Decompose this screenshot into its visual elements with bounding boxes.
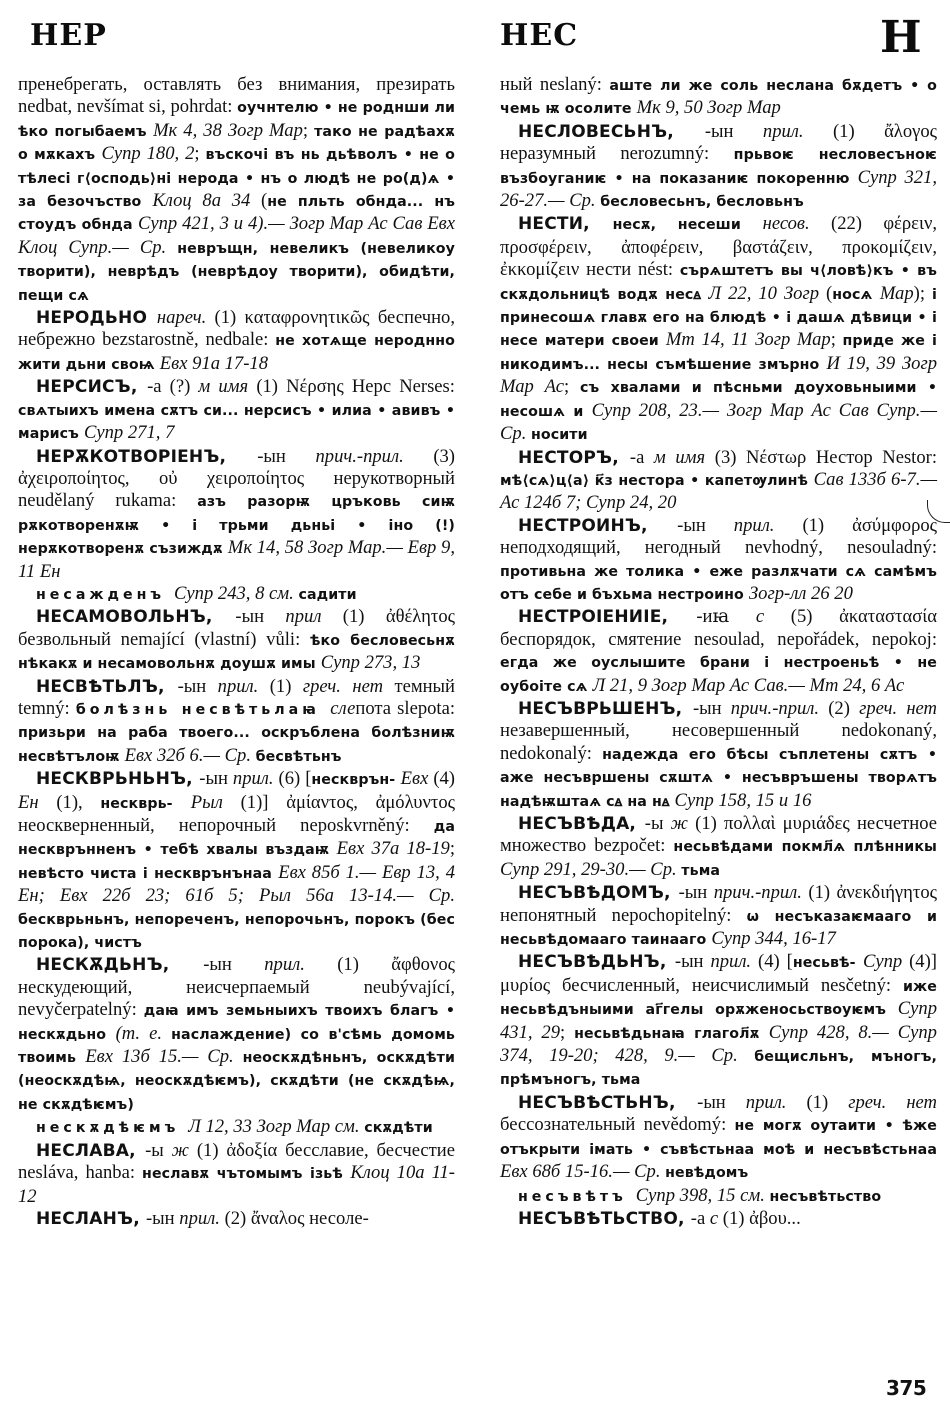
dictionary-entry: пренебрегать, оставлять без внимания, пр… [18, 74, 455, 307]
source-reference: Евх 32б 6.— Ср. [125, 745, 256, 766]
old-slavonic-quote: мѣ⟨сѧ⟩ц⟨а⟩ к҃з нестора • капетѹлинѣ [500, 473, 814, 489]
definition-text: (1) [270, 676, 303, 697]
definition-text: -а [630, 447, 654, 468]
dictionary-entry: нескѫдѣѥмъ Л 12, 33 Зогр Мар см. скѫдѣти [18, 1116, 455, 1139]
definition-text: (1) ἀβου... [723, 1208, 801, 1229]
source-reference: Супр 344, 16-17 [711, 928, 835, 949]
definition-text: -иꙗ [696, 606, 756, 627]
running-head-left: НЕР [30, 18, 107, 53]
grammar-label: прич.-прил. [731, 698, 828, 719]
source-reference: Супр 398, 15 см. [636, 1185, 770, 1206]
dictionary-entry: несажденъ Супр 243, 8 см. садити [18, 583, 455, 606]
definition-text: (2) [828, 698, 859, 719]
grammar-label: прил. [233, 768, 279, 789]
grammar-label: греч. нет [303, 676, 395, 697]
headword: НЕСЪВѢДЬНЪ, [518, 952, 675, 972]
left-column: пренебрегать, оставлять без внимания, пр… [18, 74, 455, 1230]
headword: НЕСТОРЪ, [518, 448, 630, 468]
old-slavonic-quote: невѣсто чиста і нескврънънаа [18, 866, 278, 882]
dictionary-entry: НЕРСИСЪ, -а (?) м имя (1) Νέρσης Нерс Ne… [18, 376, 455, 445]
grammar-label: нареч. [157, 307, 215, 328]
headword: НЕРѪКОТВОРІЕНЪ, [36, 447, 257, 467]
definition-text: пота slepota: [355, 698, 455, 719]
definition-text: (2) ἄναλος несоле- [225, 1208, 369, 1229]
dictionary-entry: НЕСТРОИНЪ, -ын прил. (1) ἀσύμφορος непод… [500, 515, 937, 607]
definition-text: (6) [ [279, 768, 312, 789]
grammar-label: прил. [763, 121, 833, 142]
grammar-label: м имя [198, 376, 256, 397]
grammar-label: с [710, 1208, 723, 1229]
old-slavonic-quote: садити [298, 587, 356, 603]
source-reference: Мк 9, 50 Зогр Мар [637, 97, 781, 118]
grammar-label: прич.-прил. [714, 882, 809, 903]
grammar-label: ж [172, 1140, 197, 1161]
old-slavonic-quote: несьвѣ- [793, 955, 863, 971]
definition-text: (1), [56, 792, 100, 813]
old-slavonic-quote: несьвѣдьнаꙗ глагол҃ѫ [574, 1026, 769, 1042]
cross-reference-word: болѣзнь несвѣтьлаꙗ [76, 702, 330, 718]
source-reference: Евх 68б 15-16.— Ср. [500, 1161, 665, 1182]
old-slavonic-quote: несѫ, несеши [613, 217, 763, 233]
source-reference: (т. е. [116, 1023, 172, 1044]
dictionary-entry: НЕСКВРЬНЬНЪ, -ын прил. (6) [нескврън- Ев… [18, 768, 455, 954]
headword: НЕСКѪДЬНЪ, [36, 955, 203, 975]
source-reference: Евх 37а 18-19 [337, 838, 450, 859]
source-reference: Л 12, 33 Зогр Мар см. [188, 1116, 364, 1137]
dictionary-entry: НЕСТИ, несѫ, несеши несов. (22) φέρειν, … [500, 213, 937, 446]
grammar-label: м имя [654, 447, 715, 468]
running-head-right: НЕС [500, 18, 578, 53]
definition-text: -ын [705, 121, 763, 142]
headword: НЕРСИСЪ, [36, 377, 147, 397]
old-slavonic-quote: противьна же толика • еже разлѫчати сѧ с… [500, 564, 937, 603]
dictionary-entry: НЕРѪКОТВОРІЕНЪ, -ын прич.-прил. (3) ἀχει… [18, 446, 455, 583]
dictionary-entry: НЕСТРОІЕНИІЕ, -иꙗ с (5) ἀκαταστασία бесп… [500, 606, 937, 698]
dictionary-entry: НЕСЛАНЪ, -ын прил. (2) ἄναλος несоле- [18, 1208, 455, 1230]
definition-text: ; [450, 838, 455, 859]
definition-text: -ы [145, 1140, 172, 1161]
definition-text: -ын [199, 768, 233, 789]
dictionary-entry: НЕСКѪДЬНЪ, -ын прил. (1) ἄφθονος нескуде… [18, 954, 455, 1116]
dictionary-entry: НЕСВѢТЬЛЪ, -ын прил. (1) греч. нет темны… [18, 676, 455, 769]
old-slavonic-quote: носити [531, 427, 588, 443]
headword: НЕСТРОІЕНИІЕ, [518, 607, 696, 627]
cross-reference-word: несажденъ [36, 587, 174, 603]
cross-reference-word: нескѫдѣѥмъ [36, 1120, 188, 1136]
headword: НЕСЛОВЕСЬНЪ, [518, 122, 705, 142]
dictionary-entry: НЕСЪВѢСТЬНЪ, -ын прил. (1) греч. нет бес… [500, 1092, 937, 1185]
definition-text: -ын [146, 1208, 179, 1229]
dictionary-entry: НЕРОДЬНО нареч. (1) καταφρονητικῶς беспе… [18, 307, 455, 376]
headword: НЕСКВРЬНЬНЪ, [36, 769, 199, 789]
dictionary-entry: НЕСАМОВОЛЬНЪ, -ын прил (1) ἀθέλητος безв… [18, 606, 455, 675]
old-slavonic-quote: невѣдомъ [665, 1165, 748, 1181]
old-slavonic-quote: тьма [681, 863, 720, 879]
source-reference: Рыл [191, 792, 241, 813]
grammar-label: греч. нет [848, 1092, 937, 1113]
definition-text: -а [691, 1208, 710, 1229]
grammar-label: прил. [734, 515, 803, 536]
source-reference: Мк 4, 38 Зогр Мар [153, 120, 303, 141]
old-slavonic-quote: бескврьньнъ, непореченъ, непорочьнъ, пор… [18, 912, 455, 951]
definition-text: -ын [203, 954, 264, 975]
headword: НЕСВѢТЬЛЪ, [36, 677, 178, 697]
old-slavonic-quote: неславѫ чътомымъ ізьѣ [142, 1166, 350, 1182]
cross-reference-word: несъвѣтъ [518, 1189, 636, 1205]
dictionary-entry: НЕСЛОВЕСЬНЪ, -ын прил. (1) ἄλογος неразу… [500, 121, 937, 214]
old-slavonic-quote: носѧ [832, 287, 880, 303]
old-slavonic-quote: нескврь- [100, 796, 190, 812]
source-reference: Евх 91а 17-18 [160, 353, 268, 374]
dictionary-entry: НЕСЪВѢДЬНЪ, -ын прил. (4) [несьвѣ- Супр … [500, 951, 937, 1091]
source-reference: Супр 273, 13 [321, 652, 421, 673]
grammar-label: греч. нет [859, 698, 937, 719]
headword: НЕСЛАНЪ, [36, 1209, 146, 1229]
grammar-label: прил. [218, 676, 270, 697]
definition-text: ( [250, 190, 267, 211]
source-reference: Супр 158, 15 и 16 [675, 790, 812, 811]
definition-text: ); [914, 283, 932, 304]
definition-text: -ын [675, 951, 711, 972]
definition-text: ; [194, 143, 205, 164]
headword: НЕСЪВРЬШЕНЪ, [518, 699, 693, 719]
source-reference: Мт 14, 11 Зогр Мар [666, 329, 831, 350]
source-reference: Л 21, 9 Зогр Мар Ас Сав.— Мт 24, 6 Ас [593, 675, 905, 696]
grammar-label: прил. [179, 1208, 224, 1229]
headword: НЕСТИ, [518, 214, 613, 234]
source-reference: Евх [401, 768, 434, 789]
definition-text: (4) [ [758, 951, 793, 972]
source-reference: Супр [863, 951, 909, 972]
grammar-label: прич.-прил. [315, 446, 433, 467]
definition-text: (1) Νέρσης Нерс Nerses: [256, 376, 455, 397]
dictionary-entry: НЕСЪВѢДА, -ы ж (1) πολλαὶ μυριάδες несче… [500, 813, 937, 882]
dictionary-page: НЕР НЕС Н пренебрегать, оставлять без вн… [0, 0, 950, 1411]
grammar-label: прил. [264, 954, 337, 975]
definition-text: ; [560, 1022, 574, 1043]
right-column: ный neslaný: аште ли же соль неслана бѫд… [500, 74, 937, 1230]
grammar-label: с [756, 606, 791, 627]
section-letter: Н [880, 12, 922, 63]
source-reference: Зогр-лл 26 20 [749, 583, 853, 604]
grammar-label: несов. [763, 213, 831, 234]
headword: НЕРОДЬНО [36, 308, 157, 328]
definition-text: -а (?) [147, 376, 198, 397]
definition-text: (1) [806, 1092, 848, 1113]
source-reference: Супр 271, 7 [84, 422, 174, 443]
headword: НЕСАМОВОЛЬНЪ, [36, 607, 235, 627]
definition-text: бессознательный nevědomý: [500, 1114, 735, 1135]
old-slavonic-quote: несъвѣтьство [770, 1189, 882, 1205]
source-reference: Мар [880, 283, 914, 304]
definition-text: ; [831, 329, 843, 350]
dictionary-entry: НЕСЪВѢДОМЪ, -ын прич.-прил. (1) ἀνεκδιήγ… [500, 882, 937, 951]
source-reference: Евх 13б 15.— Ср. [85, 1046, 242, 1067]
old-slavonic-quote: бесловесьнъ, бесловьнъ [600, 194, 804, 210]
headword: НЕСЪВѢДОМЪ, [518, 883, 679, 903]
definition-text: -ы [645, 813, 671, 834]
source-reference: сле [330, 698, 355, 719]
source-reference: Супр 180, 2 [101, 143, 194, 164]
definition-text: ный neslaný: [500, 74, 609, 95]
definition-text: -ын [235, 606, 285, 627]
definition-text: -ын [677, 515, 734, 536]
definition-text: -ын [679, 882, 714, 903]
grammar-label: прил [285, 606, 342, 627]
grammar-label: ж [671, 813, 696, 834]
old-slavonic-quote: несьвѣдами покмл҃ѧ плѣнникы [673, 839, 937, 855]
old-slavonic-quote: нескврън- [311, 772, 400, 788]
source-reference: Супр 291, 29-30.— Ср. [500, 859, 681, 880]
definition-text: -ын [257, 446, 315, 467]
definition-text: ; [564, 376, 580, 397]
grammar-label: прил. [710, 951, 758, 972]
source-reference: Л 22, 10 Зогр [708, 283, 826, 304]
grammar-label: прил. [746, 1092, 807, 1113]
dictionary-entry: несъвѣтъ Супр 398, 15 см. несъвѣтьство [500, 1185, 937, 1208]
definition-text: (3) Νέστωρ Нестор Nestor: [715, 447, 937, 468]
headword: НЕСЪВѢТЬСТВО, [518, 1209, 691, 1229]
definition-text: -ын [178, 676, 218, 697]
dictionary-entry: НЕСЛАВА, -ы ж (1) ἀδοξία бесславие, бесч… [18, 1140, 455, 1208]
definition-text: -ын [697, 1092, 746, 1113]
dictionary-entry: НЕСЪВРЬШЕНЪ, -ын прич.-прил. (2) греч. н… [500, 698, 937, 813]
dictionary-entry: НЕСТОРЪ, -а м имя (3) Νέστωρ Нестор Nest… [500, 447, 937, 515]
definition-text: (4) [433, 768, 455, 789]
headword: НЕСЪВѢСТЬНЪ, [518, 1093, 697, 1113]
source-reference: Ен [18, 792, 56, 813]
definition-text: ; [303, 120, 314, 141]
old-slavonic-quote: скѫдѣти [364, 1120, 433, 1136]
headword: НЕСЛАВА, [36, 1141, 145, 1161]
page-number: 375 [886, 1376, 926, 1400]
source-reference: Клоц 8а 34 [152, 190, 250, 211]
headword: НЕСЪВѢДА, [518, 814, 645, 834]
source-reference: Супр 243, 8 см. [174, 583, 298, 604]
headword: НЕСТРОИНЪ, [518, 516, 677, 536]
dictionary-entry: НЕСЪВѢТЬСТВО, -а с (1) ἀβου... [500, 1208, 937, 1230]
old-slavonic-quote: бесвѣтьнъ [256, 749, 342, 765]
definition-text: -ын [693, 698, 731, 719]
dictionary-entry: ный neslaný: аште ли же соль неслана бѫд… [500, 74, 937, 121]
